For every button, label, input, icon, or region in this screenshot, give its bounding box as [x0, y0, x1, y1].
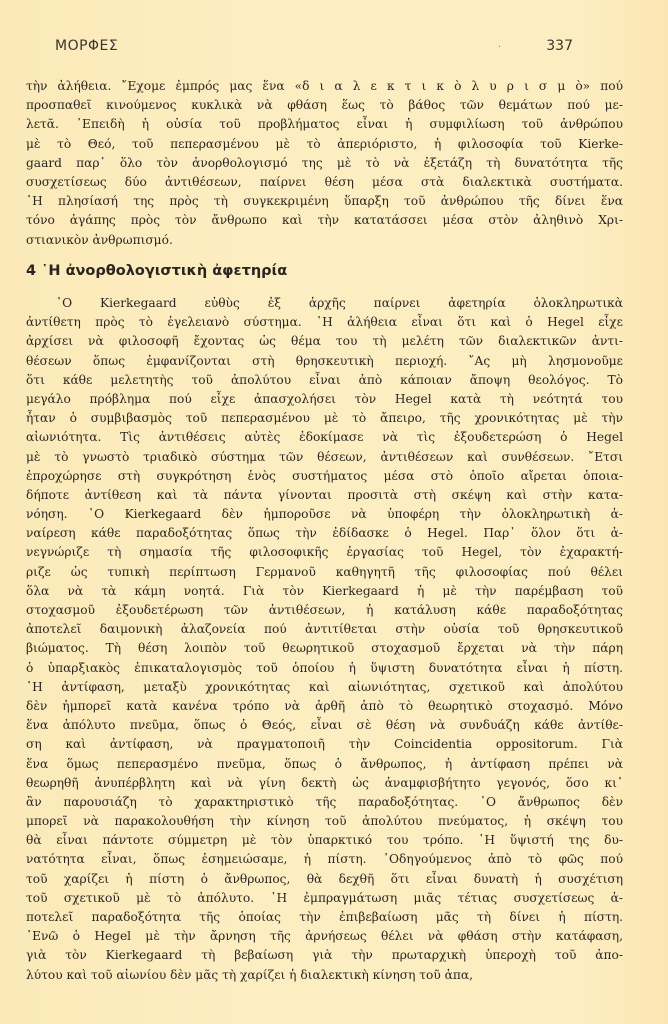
text-line: συσχετίσεως δύο ἀντιθέσεων, παίρνει θέση… — [26, 173, 623, 192]
text-line: ὁ ὑπαρξιακὸς ἐπικαταλογισμὸς τοῦ ὁποίου … — [26, 659, 623, 678]
text-line: λετᾶ. ᾿Επειδὴ ἡ οὐσία τοῦ προβλήματος εἶ… — [26, 115, 623, 134]
book-page: ΜΟΡΦΕΣ · 337 τὴν ἀλήθεια. ῎Εχομε ἐμπρός … — [0, 0, 668, 1024]
text-line: τὴν ἀλήθεια. ῎Εχομε ἐμπρός μας ἕνα «δ ι … — [26, 77, 623, 96]
text-line: gaard παρ᾿ ὅλο τὸν ἀνορθολογισμό της μὲ … — [26, 154, 623, 173]
text-line: τοῦ σχετικοῦ μὲ τὸ ἀπόλυτο. ῾Η ἐμπραγμάτ… — [26, 889, 623, 908]
paragraph-1: τὴν ἀλήθεια. ῎Εχομε ἐμπρός μας ἕνα «δ ι … — [26, 77, 623, 250]
text-line: στοχασμοῦ ἐξουδετέρωση τῶν ἀντιθέσεων, ἡ… — [26, 601, 623, 620]
text-line: νατότητα εἶναι, ὅπως ἐσημειώσαμε, ἡ πίστ… — [26, 850, 623, 869]
text-line: ναίρεση κάθε παραδοξότητας ὅπως τὴν ἐδίδ… — [26, 524, 623, 543]
text-line: νεγνώριζε τὴ σημασία τῆς φιλοσοφικῆς ἐργ… — [26, 543, 623, 562]
text-line: λύτου καὶ τοῦ αἰωνίου δὲν μᾶς τὴ χαρίζει… — [26, 966, 623, 985]
text-line: ἦταν ὁ συμβιβασμὸς τοῦ πεπερασμένου μὲ τ… — [26, 409, 623, 428]
journal-title: ΜΟΡΦΕΣ — [55, 38, 118, 54]
text-line: ποτελεῖ παραδοξότητα τῆς ὁποίας τὴν ἐπιβ… — [26, 908, 623, 927]
text-line: βιώματος. Τὴ θέση λοιπὸν τοῦ θεωρητικοῦ … — [26, 639, 623, 658]
speck: · — [498, 42, 501, 53]
text-line: μεγάλο πρόβλημα πού εἶχε ἀπασχολήσει τὸν… — [26, 390, 623, 409]
text-line: ἂν παρουσιάζη τὸ χαρακτηριστικὸ τῆς παρα… — [26, 793, 623, 812]
text-line: δήποτε ἀντίθεση καὶ τὰ πάντα γίνονται πρ… — [26, 486, 623, 505]
paragraph-2: ῾Ο Kierkegaard εὐθὺς ἐξ ἀρχῆς παίρνει ἀφ… — [26, 294, 623, 985]
text-line: ᾿Ενῶ ὁ Hegel μὲ τὴν ἄρνηση τῆς ἀρνήσεως … — [26, 927, 623, 946]
text-line: ῾Ο Kierkegaard εὐθὺς ἐξ ἀρχῆς παίρνει ἀφ… — [26, 294, 623, 313]
section-number: 4 — [26, 263, 36, 279]
text-line: ῾Η ἀντίφαση, μεταξὺ χρονικότητας καὶ αἰω… — [26, 678, 623, 697]
text-line: ἀντίθετη πρὸς τὸ ἑγελειανὸ σύστημα. ῾Η ἀ… — [26, 313, 623, 332]
text-line: ὅλα νὰ τὰ κάμη νοητά. Γιὰ τὸν Kierkegaar… — [26, 582, 623, 601]
text-line: θεωρηθῆ ἀνυπέρβλητη καὶ νὰ γίνη δεκτὴ ὡς… — [26, 774, 623, 793]
text-line: θέσεων ὅπως ἐμφανίζονται στὴ θρησκευτικὴ… — [26, 352, 623, 371]
text-line: αἰωνιότητα. Τὶς ἀντιθέσεις αὐτὲς ἐδοκίμα… — [26, 428, 623, 447]
text-line: ῾Η πλησίασή της πρὸς τὴ συγκεκριμένη ὕπα… — [26, 192, 623, 211]
text-line: ἕνα ἀπόλυτο πνεῦμα, ὅπως ὁ Θεός, εἶναι σ… — [26, 716, 623, 735]
text-line: μπορεῖ νὰ παρακολουθήση τὴν κίνηση τοῦ ἀ… — [26, 812, 623, 831]
text-line: προσπαθεῖ κινούμενος κυκλικὰ νὰ φθάση ἕω… — [26, 96, 623, 115]
text-line: ση καὶ ἀντίφαση, νὰ πραγματοποιῆ τὴν Coi… — [26, 735, 623, 754]
text-line: μὲ τὸ Θεό, τοῦ πεπερασμένου μὲ τὸ ἀπεριό… — [26, 135, 623, 154]
section-heading: 4 ῾Η ἀνορθολογιστικὴ ἀφετηρία — [26, 263, 287, 279]
text-line: ἀποτελεῖ δαιμονικὴ ἀλαζονεία πού ἀντιτίθ… — [26, 620, 623, 639]
text-line: στιανικὸν ἀνθρωπισμό. — [26, 231, 623, 250]
text-line: τοῦ χαρίζει ἡ πίστη ὁ ἄνθρωπος, θὰ δεχθῆ… — [26, 870, 623, 889]
text-line: θὰ εἶναι πάντοτε σύμμετρη μὲ τὸν ὑπαρκτι… — [26, 831, 623, 850]
section-title: ῾Η ἀνορθολογιστικὴ ἀφετηρία — [41, 263, 287, 279]
text-line: ριζε ὡς τυπικὴ περίπτωση Γερμανοῦ καθηγη… — [26, 563, 623, 582]
text-line: τόνο ἀγάπης πρὸς τὸν ἄνθρωπο καὶ τὴν κατ… — [26, 211, 623, 230]
page-number: 337 — [546, 38, 573, 54]
running-head: ΜΟΡΦΕΣ · 337 — [55, 38, 573, 56]
text-line: νόηση. ῾Ο Kierkegaard δὲν ἠμποροῦσε νὰ ὑ… — [26, 505, 623, 524]
text-line: γιὰ τὸν Kierkegaard τὴ βεβαίωση γιὰ τὴν … — [26, 946, 623, 965]
text-line: ἕνα ὅμως πεπερασμένο πνεῦμα, ὅπως ὁ ἄνθρ… — [26, 755, 623, 774]
text-line: ὅτι κάθε μελετητὴς τοῦ ἀπολύτου εἶναι ἀπ… — [26, 371, 623, 390]
text-line: μὲ τὸ γνωστὸ τριαδικὸ σύστημα τῶν θέσεων… — [26, 448, 623, 467]
text-line: ἀρχίσει νὰ φιλοσοφῆ ἔχοντας ὡς θέμα του … — [26, 332, 623, 351]
text-line: δὲν ἠμπορεῖ κατὰ κανένα τρόπο νὰ ἀρθῆ ἀπ… — [26, 697, 623, 716]
text-line: ἐπροχώρησε στὴ συγκρότηση ἑνὸς συστήματο… — [26, 467, 623, 486]
